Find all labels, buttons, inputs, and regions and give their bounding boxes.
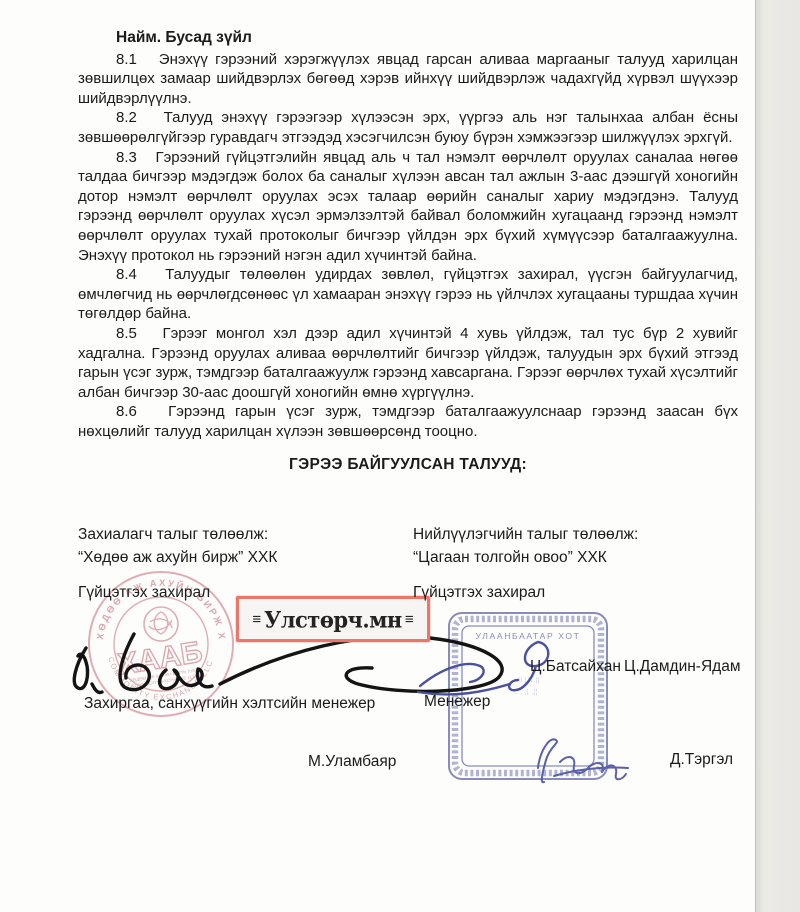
right-party-title: Гүйцэтгэх захирал [413, 584, 545, 602]
left-second-signer: М.Уламбаяр [308, 753, 396, 771]
left-second-title: Захиргаа, санхүүгийн хэлтсийн менежер [84, 695, 375, 713]
watermark-text: Улстөрч.мн [264, 606, 402, 632]
right-second-title: Менежер [424, 693, 490, 711]
parties-heading: ГЭРЭЭ БАЙГУУЛСАН ТАЛУУД: [78, 455, 738, 475]
left-party-block: Захиалагч талыг төлөөлж: “Хөдөө аж ахуйн… [78, 523, 277, 569]
right-party-company: “Цагаан толгойн овоо” ХХК [413, 546, 638, 569]
contract-body: Найм. Бусад зүйл 8.1 Энэхүү гэрээний хэр… [78, 28, 738, 475]
right-signer-name: Ц.Дамдин-Ядам [624, 658, 741, 676]
section-heading: Найм. Бусад зүйл [78, 28, 738, 48]
scanned-contract-page: Найм. Бусад зүйл 8.1 Энэхүү гэрээний хэр… [0, 0, 800, 912]
left-party-company: “Хөдөө аж ахуйн бирж” ХХК [78, 546, 277, 569]
left-party-represent: Захиалагч талыг төлөөлж: [78, 523, 277, 546]
site-watermark: ≡ Улстөрч.мн ≡ [236, 596, 430, 642]
signature-blue-tergel [524, 726, 634, 790]
right-second-signer: Д.Тэргэл [670, 751, 733, 769]
clause-8.1: 8.1 Энэхүү гэрээний хэрэгжүүлэх явцад га… [78, 50, 738, 109]
clause-8.5: 8.5 Гэрээг монгол хэл дээр адил хүчинтэй… [78, 324, 738, 402]
watermark-wing-left: ≡ [252, 611, 261, 628]
page-scan-edge [755, 0, 800, 912]
left-signer-name: Ц.Батсайхан [530, 658, 621, 676]
clause-list: 8.1 Энэхүү гэрээний хэрэгжүүлэх явцад га… [78, 50, 738, 442]
right-party-represent: Нийлүүлэгчийн талыг төлөөлж: [413, 523, 638, 546]
clause-8.6: 8.6 Гэрээнд гарын үсэг зурж, тэмдгээр ба… [78, 402, 738, 441]
clause-8.2: 8.2 Талууд энэхүү гэрээгээр хүлээсэн эрх… [78, 108, 738, 147]
right-party-block: Нийлүүлэгчийн талыг төлөөлж: “Цагаан тол… [413, 523, 638, 569]
watermark-wing-right: ≡ [405, 611, 414, 628]
clause-8.4: 8.4 Талуудыг төлөөлөн удирдах зөвлөл, гү… [78, 265, 738, 324]
clause-8.3: 8.3 Гэрээний гүйцэтгэлийн явцад аль ч та… [78, 148, 738, 266]
left-party-title: Гүйцэтгэх захирал [78, 584, 210, 602]
